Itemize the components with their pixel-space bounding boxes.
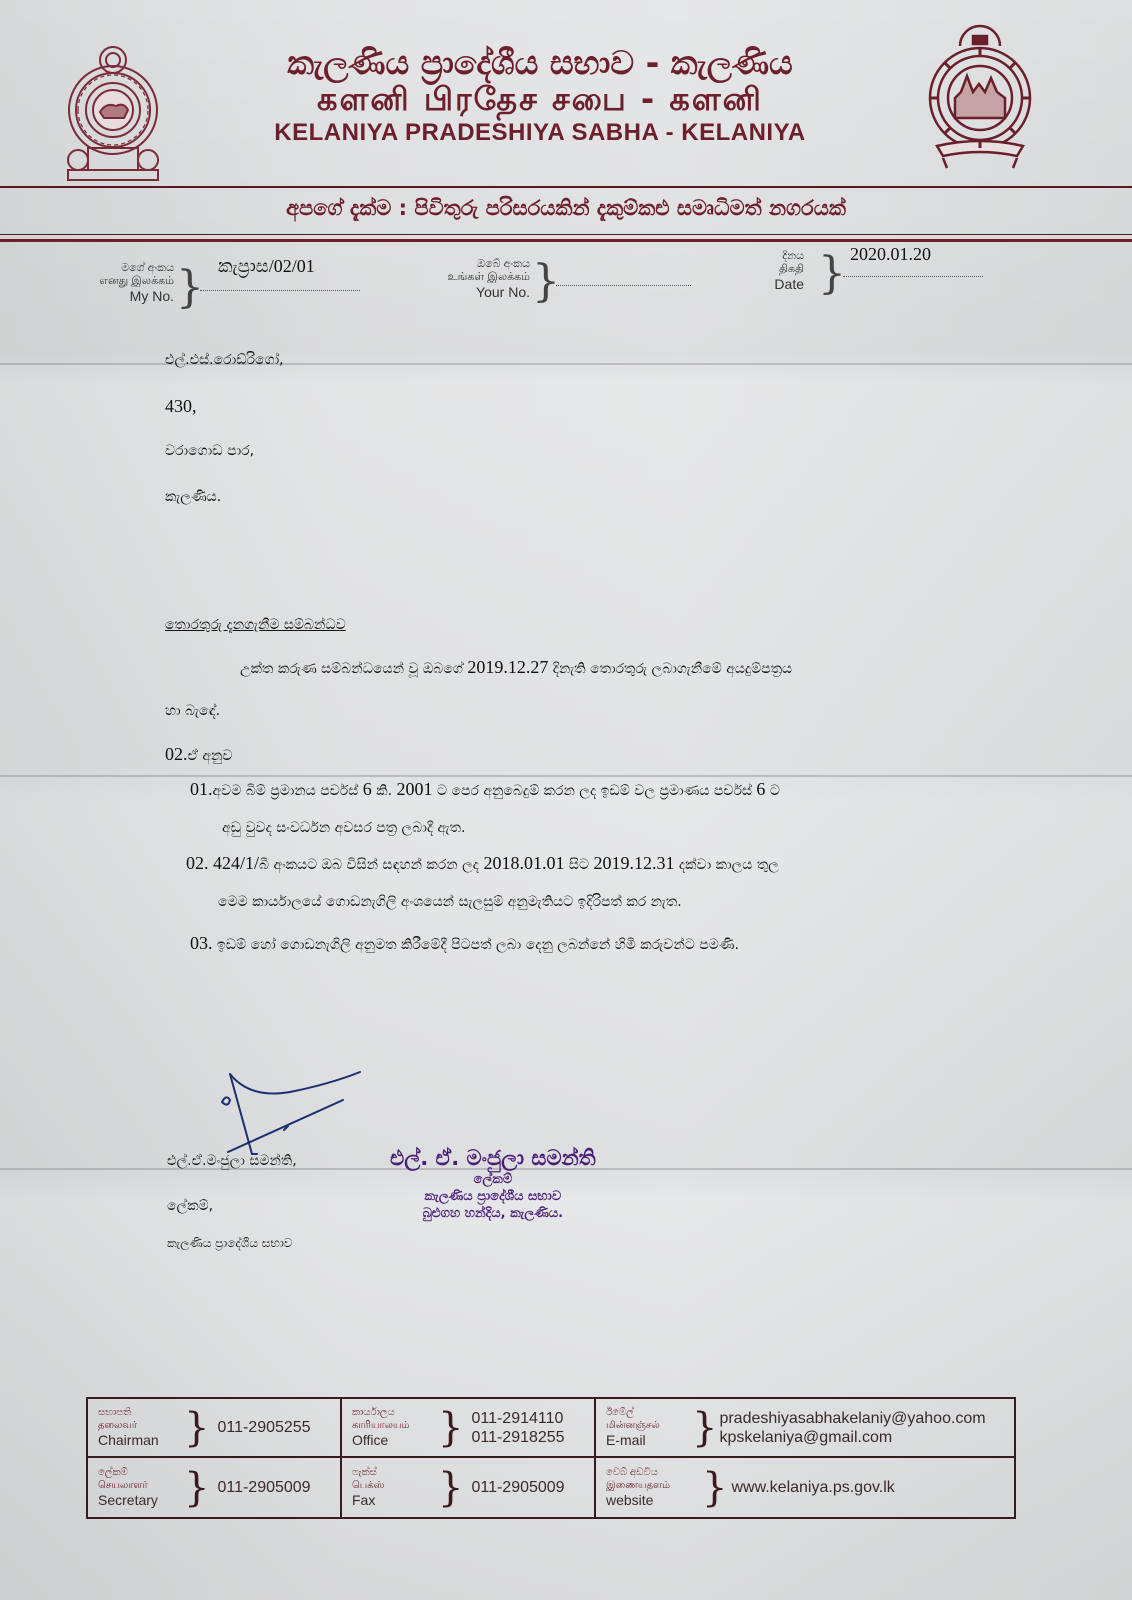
brace-icon: } bbox=[818, 252, 846, 296]
brace-icon: } bbox=[184, 1408, 209, 1448]
signatory-name: එල්.ඒ.මංජුලා සමන්ති, bbox=[167, 1153, 297, 1169]
paragraph-2-heading: 02.ඒ අනුව bbox=[165, 744, 232, 765]
signatory-title: ලේකම්, bbox=[167, 1198, 213, 1214]
recipient-city: කැලණිය. bbox=[165, 489, 221, 505]
title-tamil: களனி பிரதேச சபை - களனி bbox=[260, 81, 820, 117]
contact-secretary: ලේකම්செயலாளர்Secretary } 011-2905009 bbox=[88, 1458, 342, 1517]
date-dotted-line bbox=[843, 276, 983, 277]
your-no-label: ඔබේ අංකය உங்கள் இலக்கம் Your No. bbox=[400, 258, 530, 301]
recipient-house-number: 430, bbox=[165, 396, 197, 417]
recipient-name: එල්.එස්.රොඩ්රිගෝ, bbox=[165, 352, 284, 368]
contact-email: ඊමේල්மின்னஞ்சல்E-mail } pradeshiyasabhak… bbox=[596, 1399, 1014, 1458]
paragraph-1-line-1: උක්ත කරුණ සම්බන්ධයෙන් වූ ඔබගේ 2019.12.27… bbox=[240, 657, 792, 678]
vision-band-bottom-rule-thick bbox=[0, 239, 1132, 242]
email-link[interactable]: pradeshiyasabhakelaniy@yahoo.com bbox=[719, 1409, 985, 1428]
brace-icon: } bbox=[438, 1408, 463, 1448]
brace-icon: } bbox=[532, 260, 560, 304]
stamp-title: ලේකම් bbox=[390, 1171, 596, 1188]
paper-fold bbox=[0, 775, 1132, 777]
vision-band-top-rule bbox=[0, 186, 1132, 188]
signatory-organization: කැලණිය ප්‍රාදේශීය සභාව bbox=[167, 1236, 292, 1251]
stamp-address: බුළුගහ හන්දිය, කැලණිය. bbox=[390, 1205, 596, 1222]
title-english: KELANIYA PRADESHIYA SABHA - KELANIYA bbox=[260, 117, 820, 149]
date-value: 2020.01.20 bbox=[850, 244, 931, 265]
your-no-dotted-line bbox=[556, 285, 691, 286]
date-label: දිනය திகதி Date bbox=[740, 250, 804, 293]
letterhead-title: කැලණිය ප්‍රාදේශීය සභාව - කැලණිය களனி பிர… bbox=[260, 44, 820, 149]
point-2-line-2: මෙම කාර්යාලයේ ගොඩනැගිලි අංශයෙන් සැලසුම් … bbox=[218, 894, 682, 910]
official-stamp: එල්. ඒ. මංජුලා සමන්ති ලේකම් කැලණිය ප්‍රා… bbox=[390, 1145, 596, 1222]
stamp-organization: කැලණිය ප්‍රාදේශීය සභාව bbox=[390, 1188, 596, 1205]
point-1-line-1: 01.අවම බිම් ප්‍රමානය පර්චස් 6 කි. 2001 ට… bbox=[190, 779, 780, 800]
contact-office: කාර්යාලයகாரியாலயம்Office } 011-291411001… bbox=[342, 1399, 596, 1458]
point-3-line-1: 03. ඉඩම් හෝ ගොඩනැගිලි අනුමත කිරීමේදී පිට… bbox=[190, 933, 739, 954]
signature-icon bbox=[220, 1070, 370, 1160]
contact-fax: ෆැක්ස්பெக்ஸ்Fax } 011-2905009 bbox=[342, 1458, 596, 1517]
vision-statement: අපගේ දැක්ම : පිවිතුරු පරිසරයකින් දැකුම්ක… bbox=[0, 196, 1132, 221]
website-link[interactable]: www.kelaniya.ps.gov.lk bbox=[731, 1478, 894, 1497]
title-sinhala: කැලණිය ප්‍රාදේශීය සභාව - කැලණිය bbox=[260, 44, 820, 81]
email-link[interactable]: kpskelaniya@gmail.com bbox=[719, 1428, 985, 1447]
my-no-label: මගේ අංකය எனது இலக்கம் My No. bbox=[60, 262, 174, 305]
my-no-value: කැප්‍රාස/02/01 bbox=[218, 256, 315, 277]
contact-footer-table: සභාපතිதலைவர்Chairman } 011-2905255 කාර්ය… bbox=[86, 1397, 1016, 1519]
brace-icon: } bbox=[176, 266, 204, 310]
brace-icon: } bbox=[438, 1468, 463, 1508]
brace-icon: } bbox=[692, 1408, 717, 1448]
point-2-line-1: 02. 424/1/බී අංකයට ඔබ විසින් සඳහන් කරන ල… bbox=[186, 853, 779, 874]
paragraph-1-line-2: හා බැඳේ. bbox=[165, 703, 220, 719]
recipient-street: වරාගොඩ පාර, bbox=[165, 443, 254, 459]
brace-icon: } bbox=[702, 1468, 727, 1508]
contact-chairman: සභාපතිதலைவர்Chairman } 011-2905255 bbox=[88, 1399, 342, 1458]
sri-lanka-emblem-icon bbox=[58, 38, 168, 184]
pradeshiya-sabha-seal-icon bbox=[925, 18, 1035, 170]
contact-website: වෙබ් අඩවියஇணையதளம்website } www.kelaniya… bbox=[596, 1458, 1014, 1517]
point-1-line-2: අඩු වුවද සංවර්ධන අවසර පත්‍ර ලබාදී ඇත. bbox=[222, 820, 465, 836]
letter-subject: තොරතුරු දැනගැනීම සම්බන්ධව bbox=[165, 617, 346, 633]
vision-band-bottom-rule bbox=[0, 234, 1132, 235]
brace-icon: } bbox=[184, 1468, 209, 1508]
my-no-dotted-line bbox=[200, 290, 360, 291]
stamp-name: එල්. ඒ. මංජුලා සමන්ති bbox=[390, 1145, 596, 1171]
